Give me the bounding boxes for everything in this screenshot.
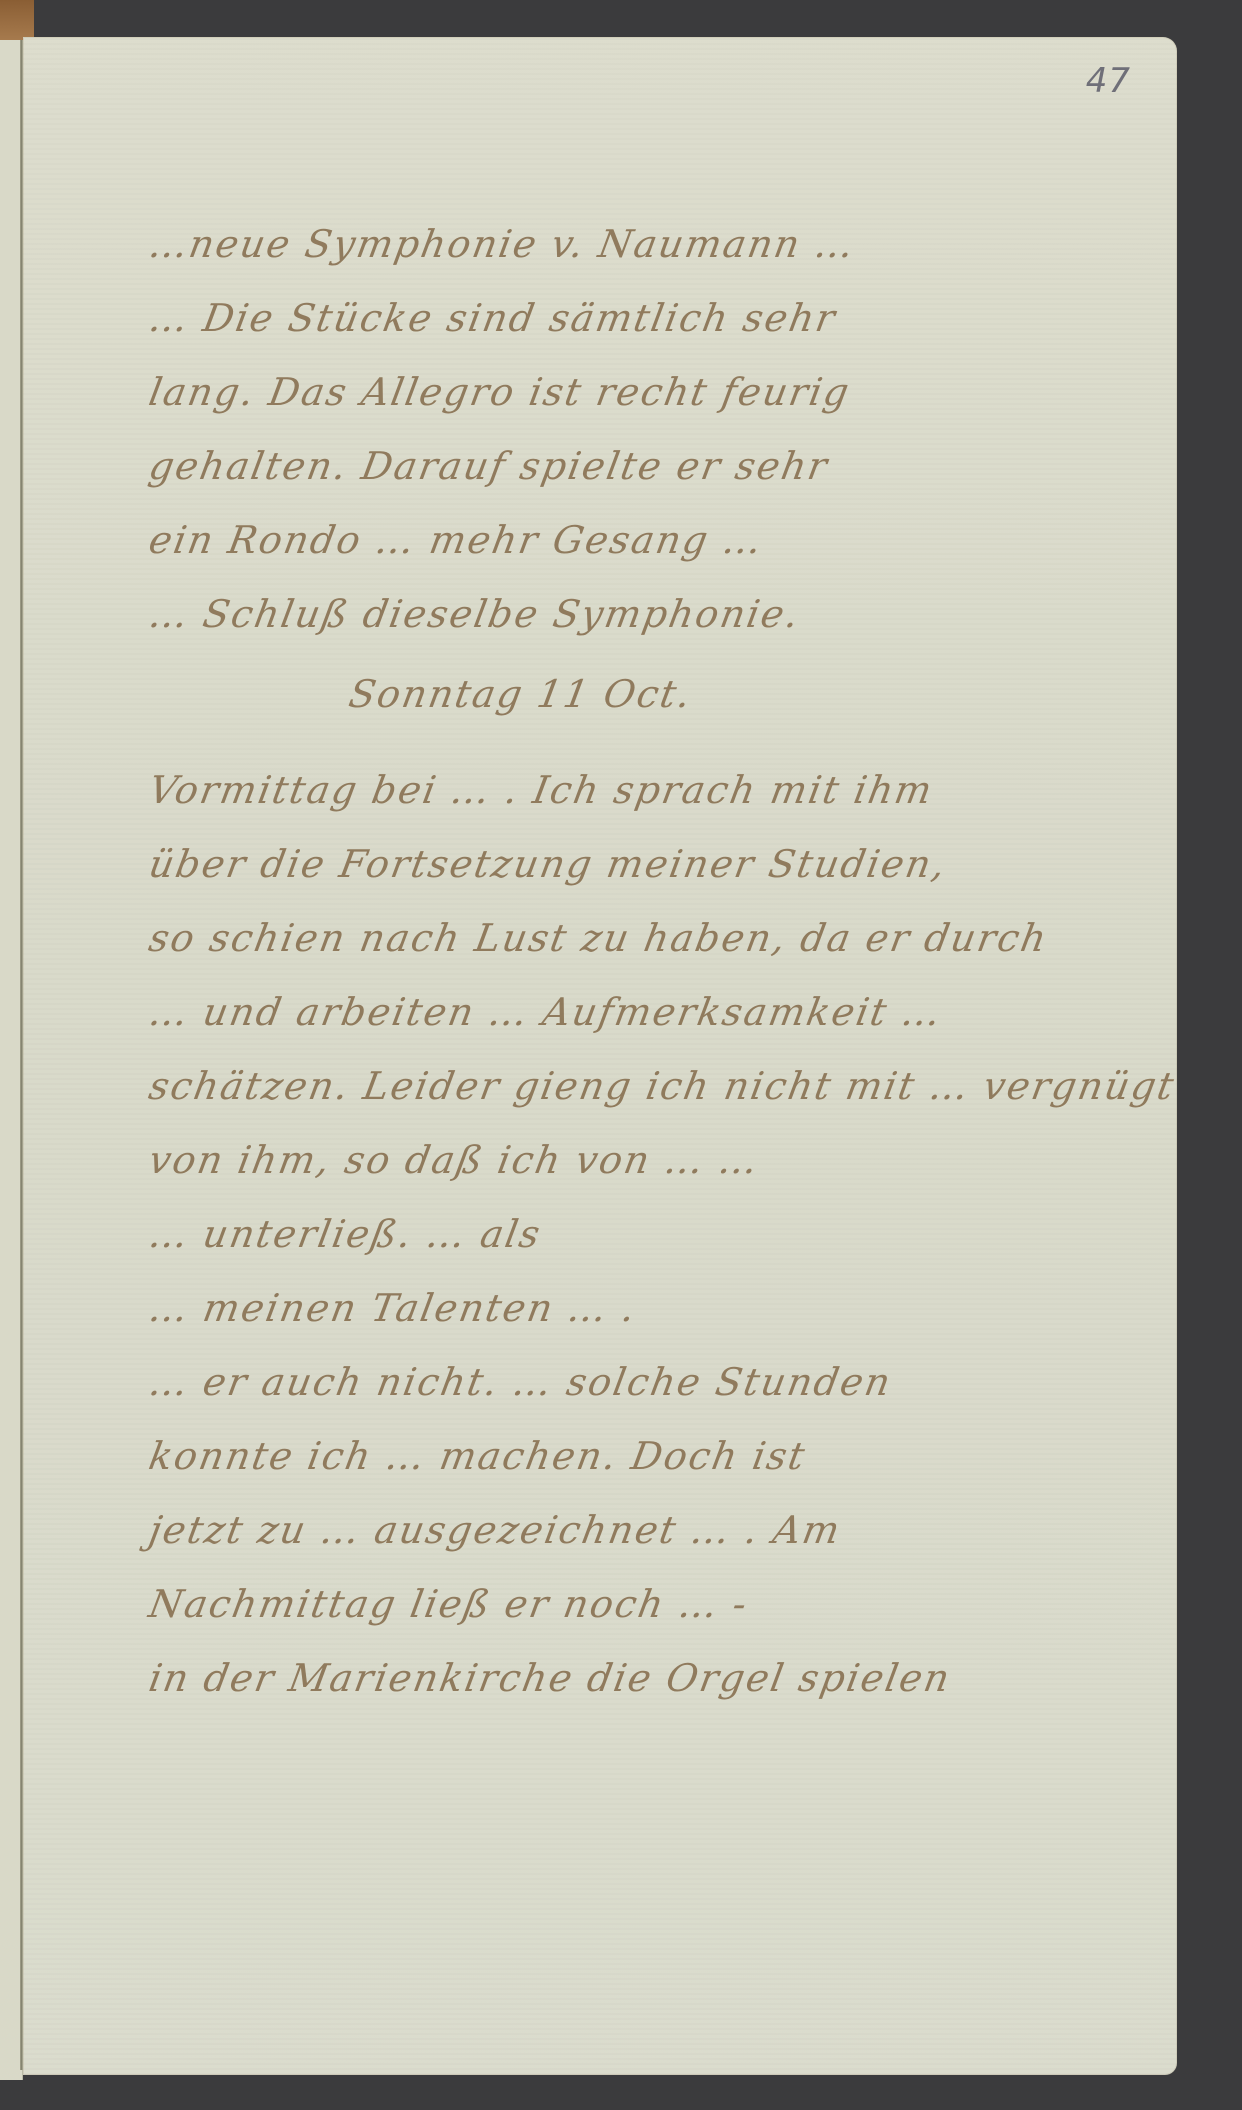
text-line: in der Marienkirche die Orgel spielen xyxy=(143,1641,1116,1715)
handwritten-text: …neue Symphonie v. Naumann … … Die Stück… xyxy=(143,207,1103,1715)
text-line: gehalten. Darauf spielte er sehr xyxy=(143,429,1116,503)
text-line: Vormittag bei … . Ich sprach mit ihm xyxy=(143,753,1116,827)
text-line: …neue Symphonie v. Naumann … xyxy=(143,207,1116,281)
text-line: Nachmittag ließ er noch … - xyxy=(143,1567,1116,1641)
text-line: lang. Das Allegro ist recht feurig xyxy=(143,355,1116,429)
text-line: konnte ich … machen. Doch ist xyxy=(143,1419,1116,1493)
text-line: … Schluß dieselbe Symphonie. xyxy=(143,577,1116,651)
spine-cloth xyxy=(0,0,34,40)
manuscript-page: 47 …neue Symphonie v. Naumann … … Die St… xyxy=(23,37,1177,2075)
text-line: jetzt zu … ausgezeichnet … . Am xyxy=(143,1493,1116,1567)
text-line: so schien nach Lust zu haben, da er durc… xyxy=(143,901,1116,975)
text-line: … unterließ. … als xyxy=(143,1197,1116,1271)
date-heading: Sonntag 11 Oct. xyxy=(143,657,1116,731)
text-line: von ihm, so daß ich von … … xyxy=(143,1123,1116,1197)
text-line: ein Rondo … mehr Gesang … xyxy=(143,503,1116,577)
text-line: schätzen. Leider gieng ich nicht mit … v… xyxy=(143,1049,1116,1123)
text-line: … meinen Talenten … . xyxy=(143,1271,1116,1345)
text-line: … er auch nicht. … solche Stunden xyxy=(143,1345,1116,1419)
text-line: … Die Stücke sind sämtlich sehr xyxy=(143,281,1116,355)
folio-number: 47 xyxy=(1086,61,1131,101)
text-line: über die Fortsetzung meiner Studien, xyxy=(143,827,1116,901)
text-line: … und arbeiten … Aufmerksamkeit … xyxy=(143,975,1116,1049)
